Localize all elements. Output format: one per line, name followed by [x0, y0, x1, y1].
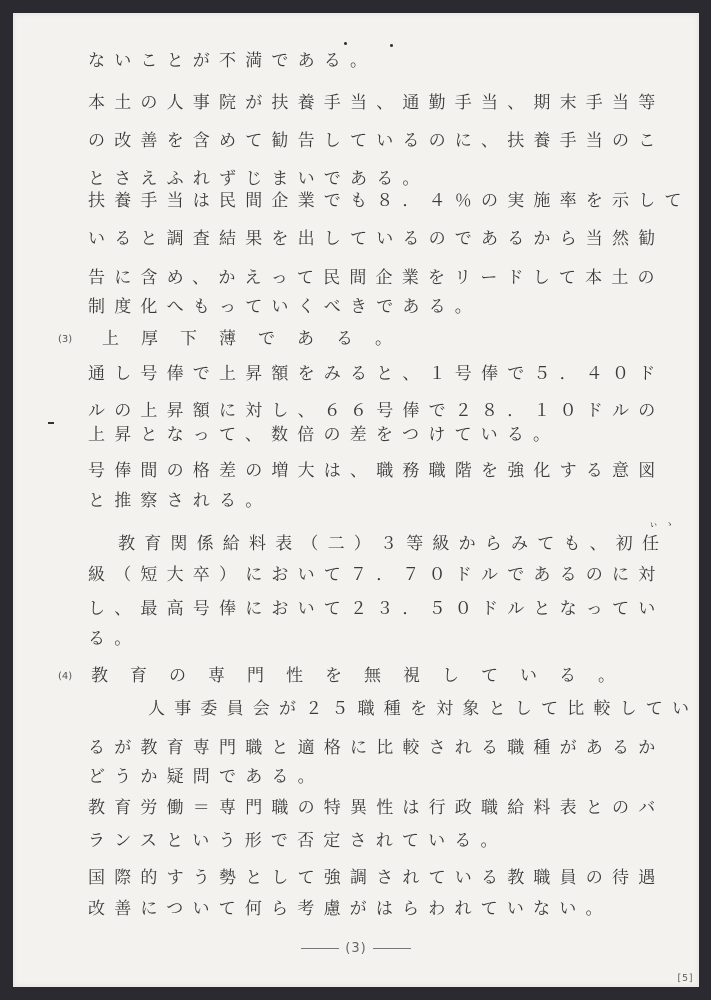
text-line: 教育の専門性を無視している。 — [91, 666, 637, 686]
page-footer: (3) — [13, 941, 699, 956]
text-line: 上厚下薄である。 — [102, 329, 414, 349]
text-line: とさえふれずじまいである。 — [88, 169, 429, 189]
text-line: 上昇となって、数倍の差をつけている。 — [88, 425, 559, 445]
text-line: 級（短大卒）において７．７０ドルであるのに対 — [88, 565, 664, 585]
text-line: 国際的すう勢として強調されている教職員の待遇 — [88, 868, 664, 888]
margin-mark — [48, 422, 54, 424]
page-number: (3) — [345, 941, 366, 956]
emphasis-dot — [390, 44, 393, 47]
section-marker: (4) — [58, 671, 72, 682]
text-line: 教育関係給料表（二）３等級からみても、初任 — [118, 534, 668, 554]
text-line: 告に含め、かえって民間企業をリードして本土の — [88, 268, 664, 288]
text-line: るが教育専門職と適格に比較される職種があるか — [88, 738, 664, 758]
text-line: どうか疑問である。 — [88, 767, 324, 787]
archive-number: [5] — [676, 973, 694, 984]
text-line: 通し号俸で上昇額をみると、１号俸で５．４０ド — [88, 364, 664, 384]
text-line: の改善を含めて勧告しているのに、扶養手当のこ — [88, 131, 664, 151]
text-line: 号俸間の格差の増大は、職務職階を強化する意図 — [88, 461, 664, 481]
text-line: いると調査結果を出しているのであるから当然勧 — [88, 229, 664, 249]
text-line: 人事委員会が２５職種を対象として比較してい — [148, 699, 698, 719]
text-line: と推察される。 — [88, 491, 271, 511]
text-line: ランスという形で否定されている。 — [88, 831, 507, 851]
margin-note: ぃ ゝ — [649, 517, 676, 530]
text-line: ないことが不満である。 — [88, 51, 376, 71]
text-line: 改善について何ら考慮がはらわれていない。 — [88, 899, 612, 919]
text-line: 教育労働＝専門職の特異性は行政職給料表とのバ — [88, 798, 664, 818]
footer-rule-right — [373, 948, 411, 949]
text-line: 制度化へもっていくべきである。 — [88, 297, 481, 317]
section-marker: (3) — [58, 334, 72, 345]
emphasis-dot — [344, 42, 347, 45]
text-line: し、最高号俸において２３．５０ドルとなってい — [88, 599, 664, 619]
text-line: 本土の人事院が扶養手当、通勤手当、期末手当等 — [88, 93, 664, 113]
text-line: ルの上昇額に対し、６６号俸で２８．１０ドルの — [88, 401, 664, 421]
footer-rule-left — [301, 948, 339, 949]
document-page: ないことが不満である。本土の人事院が扶養手当、通勤手当、期末手当等の改善を含めて… — [13, 13, 699, 987]
text-line: る。 — [88, 629, 140, 649]
text-line: 扶養手当は民間企業でも８．４％の実施率を示して — [88, 191, 691, 211]
